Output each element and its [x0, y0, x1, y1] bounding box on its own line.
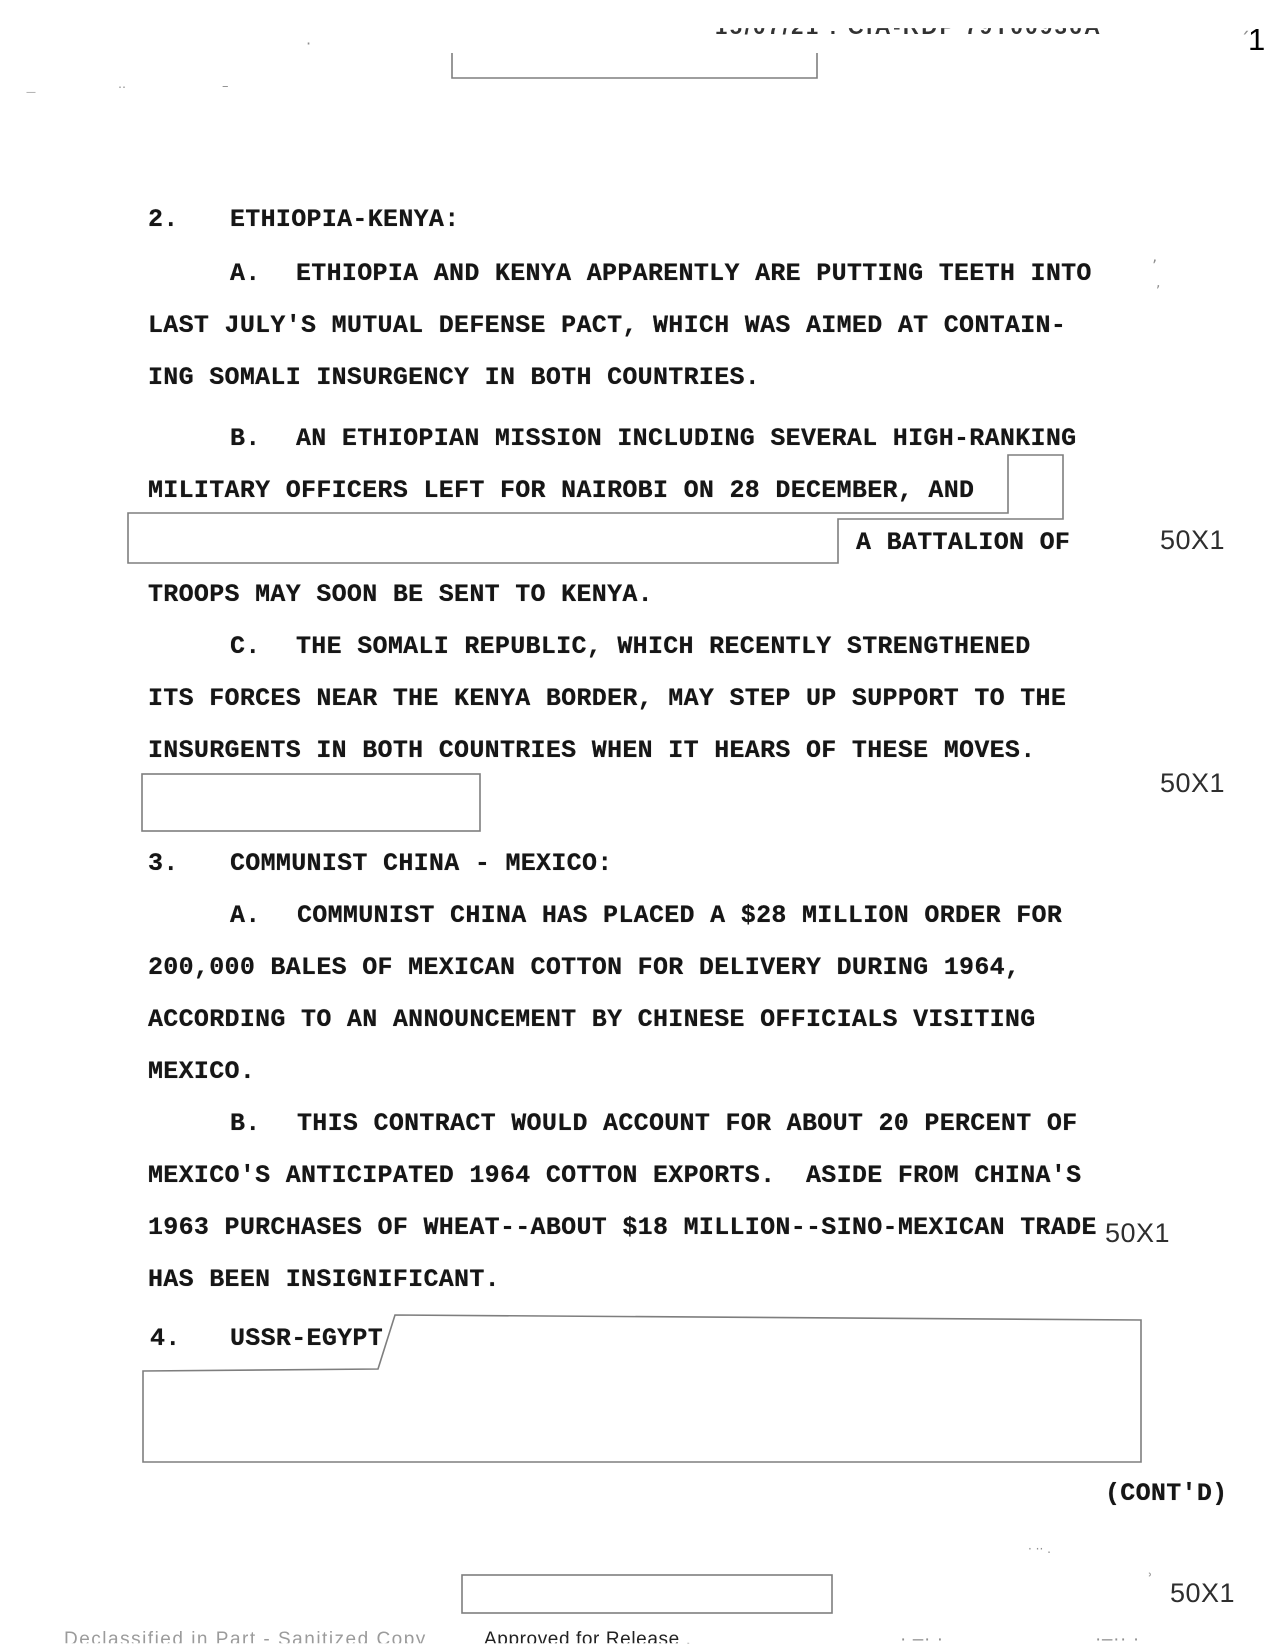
text-line: A.	[230, 260, 261, 288]
text-line: THIS CONTRACT WOULD ACCOUNT FOR ABOUT 20…	[297, 1110, 1077, 1138]
text-line: INSURGENTS IN BOTH COUNTRIES WHEN IT HEA…	[148, 737, 1036, 765]
classification-mark-50x1: 50X1	[1160, 527, 1225, 554]
text-line: B.	[230, 1110, 261, 1138]
text-line: A.	[230, 902, 261, 930]
text-line: 2.	[148, 206, 179, 234]
text-line: 200,000 BALES OF MEXICAN COTTON FOR DELI…	[148, 954, 1020, 982]
scan-speck: ʾ	[1148, 1572, 1153, 1587]
redaction-box-footer	[462, 1575, 832, 1613]
redaction-boxes	[0, 0, 1275, 1650]
text-line: 4.	[150, 1325, 181, 1353]
text-line: ETHIOPIA AND KENYA APPARENTLY ARE PUTTIN…	[296, 260, 1092, 288]
text-line: THE SOMALI REPUBLIC, WHICH RECENTLY STRE…	[296, 633, 1031, 661]
text-line: TROOPS MAY SOON BE SENT TO KENYA.	[148, 581, 653, 609]
text-line: LAST JULY'S MUTUAL DEFENSE PACT, WHICH W…	[148, 312, 1066, 340]
text-line: ITS FORCES NEAR THE KENYA BORDER, MAY ST…	[148, 685, 1066, 713]
redaction-box-somalia	[142, 774, 480, 831]
classification-mark-50x1: 50X1	[1160, 770, 1225, 797]
page-number: 1	[1248, 24, 1265, 55]
scan-speck: ·	[306, 36, 311, 52]
text-line: AN ETHIOPIAN MISSION INCLUDING SEVERAL H…	[296, 425, 1076, 453]
document-page: 15/07/21 : CIA-RDP 79T00936A 1 2.ETHIOPI…	[0, 0, 1275, 1650]
text-line: MEXICO.	[148, 1058, 255, 1086]
text-line: B.	[230, 425, 261, 453]
redaction-box-header	[452, 53, 817, 78]
scan-speck: ˊ	[1240, 30, 1250, 50]
classification-mark-50x1: 50X1	[1170, 1580, 1235, 1607]
text-line: 1963 PURCHASES OF WHEAT--ABOUT $18 MILLI…	[148, 1214, 1097, 1242]
text-line: COMMUNIST CHINA - MEXICO:	[230, 850, 613, 878]
text-line: ETHIOPIA-KENYA:	[230, 206, 460, 234]
text-line: ACCORDING TO AN ANNOUNCEMENT BY CHINESE …	[148, 1006, 1036, 1034]
text-line: C.	[230, 633, 261, 661]
scan-speck: –	[222, 80, 229, 93]
text-line: A BATTALION OF	[856, 529, 1070, 557]
footer-stamp-fragment: · –· ·	[900, 1630, 944, 1649]
text-line: HAS BEEN INSIGNIFICANT.	[148, 1266, 500, 1294]
scan-speck: ,	[1156, 276, 1160, 290]
footer-stamp-faded: Declassified in Part - Sanitized Copy	[64, 1630, 434, 1649]
scan-speck: ‥	[118, 78, 126, 90]
text-line: COMMUNIST CHINA HAS PLACED A $28 MILLION…	[297, 902, 1062, 930]
text-line: ING SOMALI INSURGENCY IN BOTH COUNTRIES.	[148, 364, 760, 392]
header-release-stamp: 15/07/21 : CIA-RDP 79T00936A	[715, 16, 1103, 38]
footer-stamp-clear: Approved for Release .	[484, 1630, 692, 1649]
scan-speck: ’	[1152, 258, 1157, 274]
text-line: MEXICO'S ANTICIPATED 1964 COTTON EXPORTS…	[148, 1162, 1081, 1190]
text-line: USSR-EGYPT	[230, 1325, 383, 1353]
text-line: (CONT'D)	[1105, 1480, 1227, 1508]
text-line: MILITARY OFFICERS LEFT FOR NAIROBI ON 28…	[148, 477, 974, 505]
classification-mark-50x1: 50X1	[1105, 1220, 1170, 1247]
text-line: 3.	[148, 850, 179, 878]
footer-stamp-fragment: ·–·· ·	[1095, 1630, 1140, 1649]
scan-speck: —	[26, 88, 36, 98]
scan-speck: · ·· .	[1028, 1543, 1051, 1555]
